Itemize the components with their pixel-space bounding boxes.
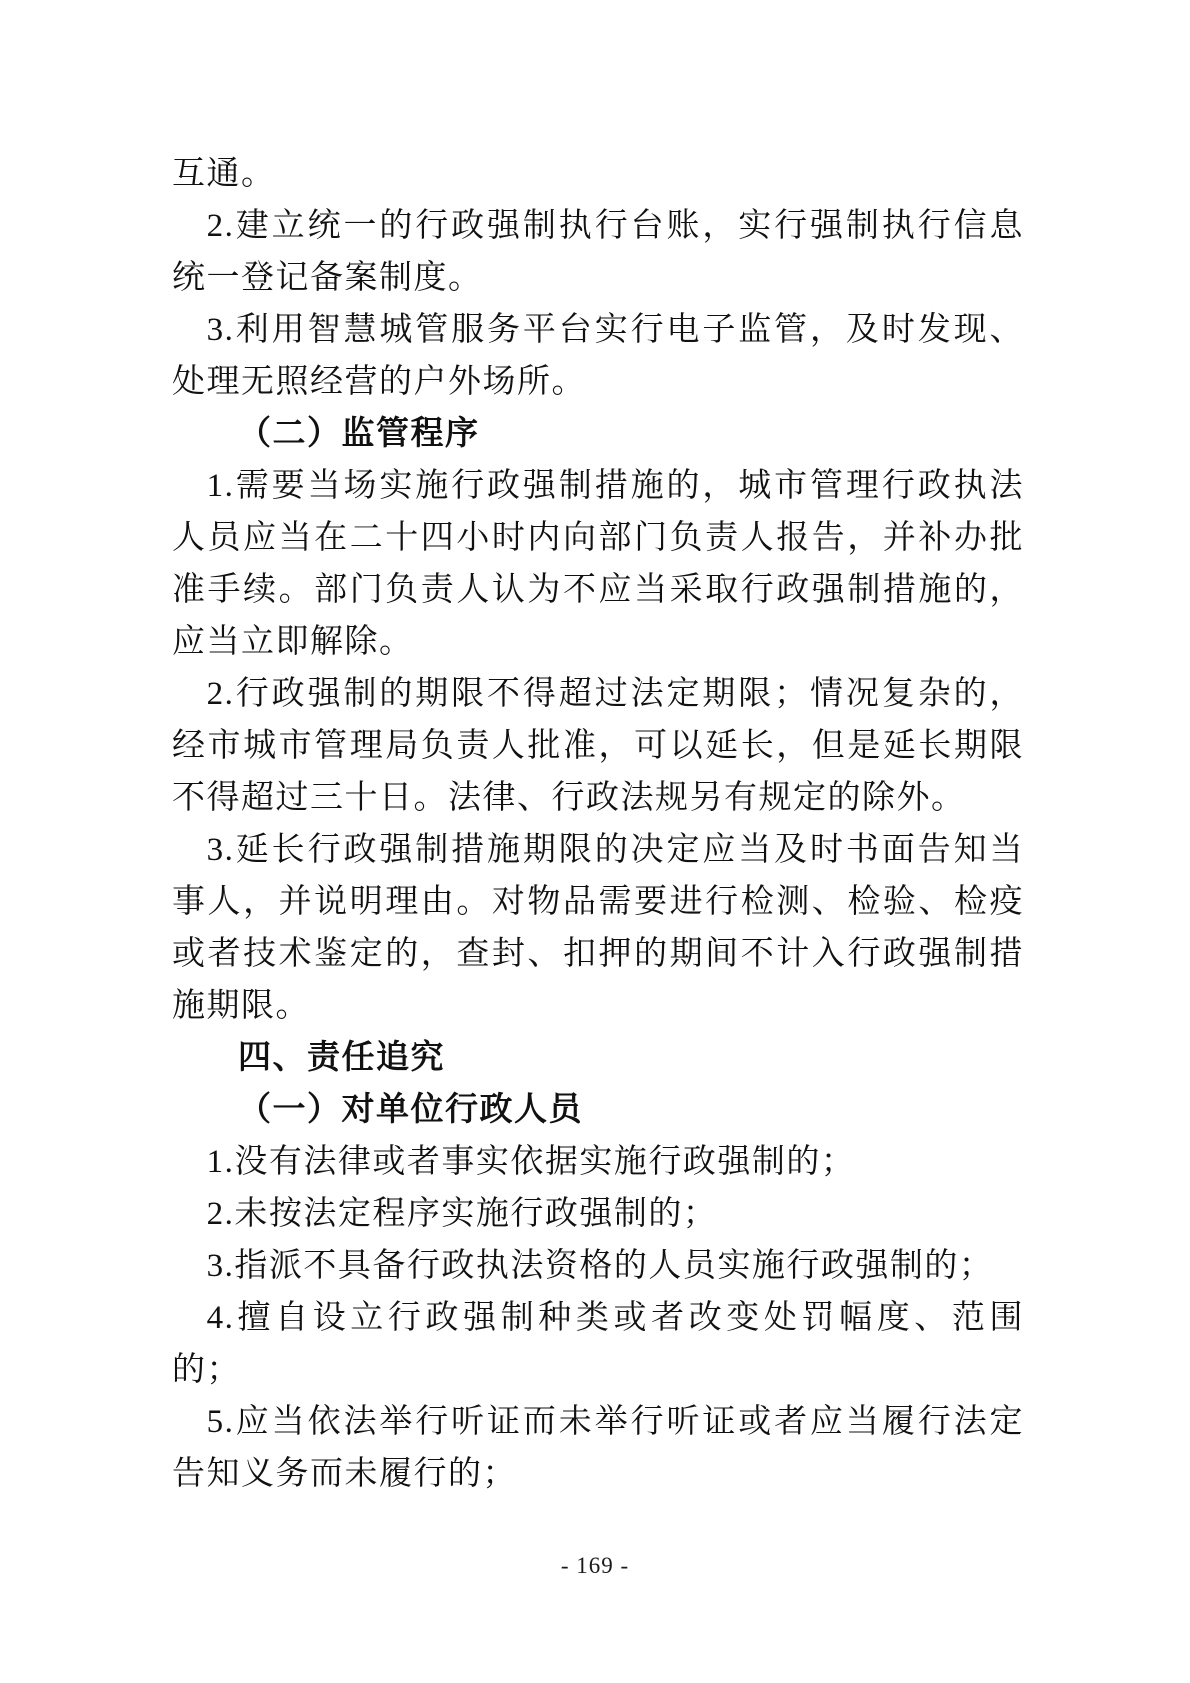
list-item: 2.未按法定程序实施行政强制的； [172,1188,1024,1240]
section-heading-supervision-procedure: （二）监管程序 [172,408,1024,460]
section-heading-accountability: 四、责任追究 [172,1032,1024,1084]
list-item: 1.没有法律或者事实依据实施行政强制的； [172,1136,1024,1188]
body-paragraph: 3.延长行政强制措施期限的决定应当及时书面告知当事人，并说明理由。对物品需要进行… [172,824,1024,1032]
body-paragraph: 3.利用智慧城管服务平台实行电子监管，及时发现、处理无照经营的户外场所。 [172,304,1024,408]
body-paragraph: 1.需要当场实施行政强制措施的，城市管理行政执法人员应当在二十四小时内向部门负责… [172,460,1024,668]
body-paragraph: 2.建立统一的行政强制执行台账，实行强制执行信息统一登记备案制度。 [172,200,1024,304]
page-number: - 169 - [0,1553,1190,1579]
section-heading-unit-admin-personnel: （一）对单位行政人员 [172,1084,1024,1136]
list-item: 4.擅自设立行政强制种类或者改变处罚幅度、范围的； [172,1292,1024,1396]
document-page: 互通。 2.建立统一的行政强制执行台账，实行强制执行信息统一登记备案制度。 3.… [0,0,1190,1683]
list-item: 5.应当依法举行听证而未举行听证或者应当履行法定告知义务而未履行的； [172,1396,1024,1500]
body-paragraph-continuation: 互通。 [172,148,1024,200]
document-body: 互通。 2.建立统一的行政强制执行台账，实行强制执行信息统一登记备案制度。 3.… [172,148,1024,1500]
list-item: 3.指派不具备行政执法资格的人员实施行政强制的； [172,1240,1024,1292]
body-paragraph: 2.行政强制的期限不得超过法定期限；情况复杂的，经市城市管理局负责人批准，可以延… [172,668,1024,824]
